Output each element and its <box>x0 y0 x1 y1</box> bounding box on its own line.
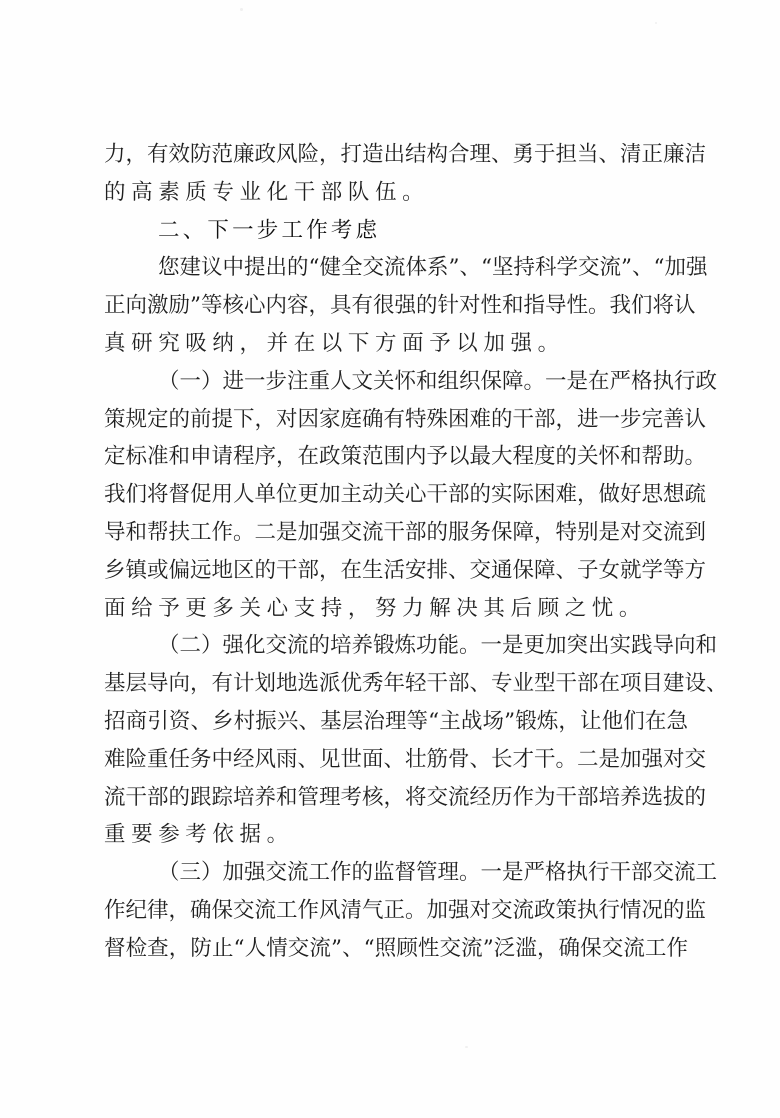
text-line: 正向激励”等核心内容，具有很强的针对性和指导性。我们将认 <box>104 287 688 325</box>
text-line: 定标准和申请程序，在政策范围内予以最大程度的关怀和帮助。 <box>104 438 688 476</box>
text-line: 基层导向，有计划地选派优秀年轻干部、专业型干部在项目建设、 <box>104 665 688 703</box>
scan-speck <box>240 8 243 11</box>
text-line: 策规定的前提下，对因家庭确有特殊困难的干部，进一步完善认 <box>104 401 688 439</box>
text-line: 乡镇或偏远地区的干部，在生活安排、交通保障、子女就学等方 <box>104 552 688 590</box>
text-line: 难险重任务中经风雨、见世面、壮筋骨、长才干。二是加强对交 <box>104 741 688 779</box>
text-line: 面给予更多关心支持，努力解决其后顾之忧。 <box>104 590 694 628</box>
text-line: 导和帮扶工作。二是加强交流干部的服务保障，特别是对交流到 <box>104 514 688 552</box>
text-line: 督检查，防止“人情交流”、“照顾性交流”泛滥，确保交流工作 <box>104 930 688 968</box>
text-line: 我们将督促用人单位更加主动关心干部的实际困难，做好思想疏 <box>104 476 688 514</box>
text-line: （二）强化交流的培养锻炼功能。一是更加突出实践导向和 <box>104 627 688 665</box>
text-line: 的高素质专业化干部队伍。 <box>104 174 694 212</box>
text-line: 招商引资、乡村振兴、基层治理等“主战场”锻炼，让他们在急 <box>104 703 688 741</box>
text-line: 作纪律，确保交流工作风清气正。加强对交流政策执行情况的监 <box>104 892 688 930</box>
section-heading: 二、下一步工作考虑 <box>104 212 694 250</box>
text-line: 您建议中提出的“健全交流体系”、“坚持科学交流”、“加强 <box>104 249 688 287</box>
paragraph-item-1: （一）进一步注重人文关怀和组织保障。一是在严格执行政 策规定的前提下，对因家庭确… <box>104 363 694 628</box>
paragraph-continuation: 力，有效防范廉政风险，打造出结构合理、勇于担当、清正廉洁 的高素质专业化干部队伍… <box>104 136 694 212</box>
paragraph-item-2: （二）强化交流的培养锻炼功能。一是更加突出实践导向和 基层导向，有计划地选派优秀… <box>104 627 694 854</box>
text-line: （三）加强交流工作的监督管理。一是严格执行干部交流工 <box>104 854 688 892</box>
scan-speck <box>465 1046 468 1048</box>
document-page: 力，有效防范廉政风险，打造出结构合理、勇于担当、清正廉洁 的高素质专业化干部队伍… <box>104 136 694 968</box>
text-line: （一）进一步注重人文关怀和组织保障。一是在严格执行政 <box>104 363 688 401</box>
paragraph-intro: 您建议中提出的“健全交流体系”、“坚持科学交流”、“加强 正向激励”等核心内容，… <box>104 249 694 362</box>
text-line: 真研究吸纳，并在以下方面予以加强。 <box>104 325 694 363</box>
text-line: 力，有效防范廉政风险，打造出结构合理、勇于担当、清正廉洁 <box>104 136 688 174</box>
text-line: 流干部的跟踪培养和管理考核，将交流经历作为干部培养选拔的 <box>104 779 688 817</box>
paragraph-item-3: （三）加强交流工作的监督管理。一是严格执行干部交流工 作纪律，确保交流工作风清气… <box>104 854 694 967</box>
section-heading-text: 二、下一步工作考虑 <box>104 212 694 250</box>
text-line: 重要参考依据。 <box>104 816 694 854</box>
scan-speck <box>655 22 657 24</box>
